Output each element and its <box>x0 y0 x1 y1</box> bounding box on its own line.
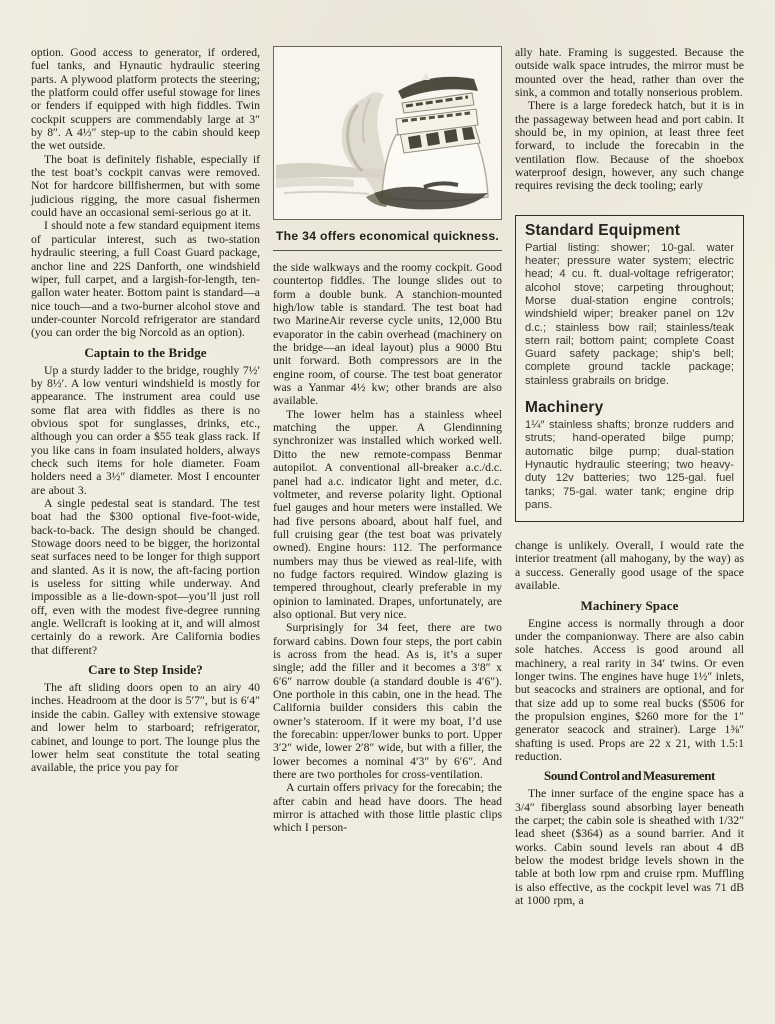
standard-equipment-box: Standard Equipment Partial listing: show… <box>515 215 744 522</box>
body-paragraph: Engine access is normally through a door… <box>515 617 744 764</box>
body-paragraph: The lower helm has a stainless wheel mat… <box>273 408 502 622</box>
body-paragraph: change is unlikely. Overall, I would rat… <box>515 539 744 592</box>
body-paragraph: The inner surface of the engine space ha… <box>515 787 744 907</box>
column-right: ally hate. Framing is suggested. Because… <box>515 46 744 907</box>
equipment-box-list: Partial listing: shower; 10-gal. water h… <box>525 242 734 388</box>
body-paragraph: A curtain offers privacy for the forecab… <box>273 781 502 834</box>
machinery-box-list: 1¼″ stainless shafts; bronze rudders and… <box>525 419 734 512</box>
section-heading-machinery-space: Machinery Space <box>515 598 744 614</box>
equipment-box-title: Standard Equipment <box>525 222 734 240</box>
body-paragraph: I should note a few standard equipment i… <box>31 219 260 339</box>
body-paragraph: ally hate. Framing is suggested. Because… <box>515 46 744 99</box>
body-paragraph: Surprisingly for 34 feet, there are two … <box>273 621 502 781</box>
article-columns: option. Good access to generator, if ord… <box>0 0 775 907</box>
body-paragraph: option. Good access to generator, if ord… <box>31 46 260 153</box>
column-middle: The 34 offers economical quickness. the … <box>273 46 502 907</box>
magazine-page: option. Good access to generator, if ord… <box>0 0 775 1024</box>
column-left: option. Good access to generator, if ord… <box>31 46 260 907</box>
section-heading-care-to-step-inside: Care to Step Inside? <box>31 662 260 678</box>
body-paragraph: A single pedestal seat is standard. The … <box>31 497 260 657</box>
machinery-box-title: Machinery <box>525 399 734 417</box>
section-heading-captain-to-the-bridge: Captain to the Bridge <box>31 345 260 361</box>
photo-caption: The 34 offers economical quickness. <box>273 229 502 243</box>
body-paragraph: the side walkways and the roomy cockpit.… <box>273 261 502 408</box>
body-paragraph: There is a large foredeck hatch, but it … <box>515 99 744 192</box>
body-paragraph: The aft sliding doors open to an airy 40… <box>31 681 260 774</box>
caption-divider <box>273 250 502 251</box>
body-paragraph: Up a sturdy ladder to the bridge, roughl… <box>31 364 260 497</box>
boat-photo <box>273 46 502 220</box>
section-heading-sound-control: Sound Control and Measurement <box>515 768 744 784</box>
boat-photo-illustration <box>274 47 501 219</box>
body-paragraph: The boat is definitely fishable, especia… <box>31 153 260 220</box>
